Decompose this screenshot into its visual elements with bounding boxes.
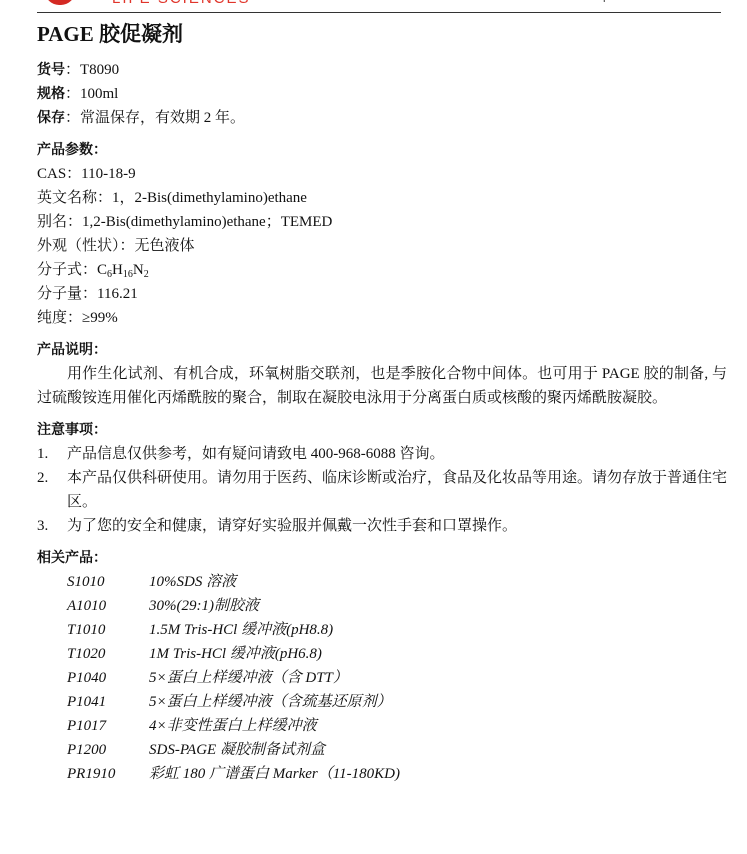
alias: 别名：1,2-Bis(dimethylamino)ethane；TEMED: [37, 210, 727, 234]
document-body: 货号：T8090 规格：100ml 保存：常温保存，有效期 2 年。 产品参数：…: [37, 58, 727, 786]
product-code: P1041: [37, 690, 149, 714]
related-product: P1017 4×非变性蛋白上样缓冲液: [37, 714, 727, 738]
note-text: 本产品仅供科研使用。请勿用于医药、临床诊断或治疗，食品及化妆品等用途。请勿存放于…: [67, 466, 727, 514]
product-name: 5×蛋白上样缓冲液（含 DTT）: [149, 666, 727, 690]
english-name: 英文名称：1，2-Bis(dimethylamino)ethane: [37, 186, 727, 210]
related-heading: 相关产品：: [37, 546, 727, 570]
formula-h: H: [112, 262, 123, 278]
size-label: 规格: [37, 86, 65, 102]
formula-c: C: [97, 262, 107, 278]
note-number: 3.: [37, 514, 67, 538]
formula-h-count: 16: [123, 269, 133, 280]
related-product: A1010 30%(29:1)制胶液: [37, 594, 727, 618]
size-row: 规格：100ml: [37, 82, 727, 106]
size-value: 100ml: [80, 86, 118, 102]
note-number: 2.: [37, 466, 67, 514]
related-product: P1041 5×蛋白上样缓冲液（含巯基还原剂）: [37, 690, 727, 714]
related-product: PR1910 彩虹 180 广谱蛋白 Marker（11-180KD): [37, 762, 727, 786]
product-name: 5×蛋白上样缓冲液（含巯基还原剂）: [149, 690, 727, 714]
product-code: S1010: [37, 570, 149, 594]
page-title: PAGE 胶促凝剂: [37, 20, 183, 48]
note-text: 产品信息仅供参考，如有疑问请致电 400-968-6088 咨询。: [67, 442, 727, 466]
cas-number: CAS：110-18-9: [37, 162, 727, 186]
product-code: A1010: [37, 594, 149, 618]
formula-label: 分子式：: [37, 262, 97, 278]
product-code: T1020: [37, 642, 149, 666]
storage-row: 保存：常温保存，有效期 2 年。: [37, 106, 727, 130]
product-name: 10%SDS 溶液: [149, 570, 727, 594]
product-name: 1M Tris-HCl 缓冲液(pH6.8): [149, 642, 727, 666]
note-item: 2. 本产品仅供科研使用。请勿用于医药、临床诊断或治疗，食品及化妆品等用途。请勿…: [37, 466, 727, 514]
separator: ：: [65, 110, 80, 126]
header-website: http://www.solarbio.com: [592, 0, 698, 3]
description-text: 用作生化试剂、有机合成，环氧树脂交联剂，也是季胺化合物中间体。也可用于 PAGE…: [37, 362, 727, 410]
basic-info: 货号：T8090 规格：100ml 保存：常温保存，有效期 2 年。: [37, 58, 727, 130]
product-code: P1200: [37, 738, 149, 762]
product-name: 4×非变性蛋白上样缓冲液: [149, 714, 727, 738]
formula-n: N: [133, 262, 144, 278]
appearance: 外观（性状）：无色液体: [37, 234, 727, 258]
related-product: S1010 10%SDS 溶液: [37, 570, 727, 594]
parameters-heading: 产品参数：: [37, 138, 727, 162]
page-header: LIFE SCIENCES http://www.solarbio.com: [0, 0, 747, 14]
product-code: T1010: [37, 618, 149, 642]
related-product: P1040 5×蛋白上样缓冲液（含 DTT）: [37, 666, 727, 690]
product-code: P1040: [37, 666, 149, 690]
related-product: T1010 1.5M Tris-HCl 缓冲液(pH8.8): [37, 618, 727, 642]
catalog-number-value: T8090: [80, 62, 119, 78]
molecular-formula: 分子式：C6H16N2: [37, 258, 727, 282]
molecular-weight: 分子量：116.21: [37, 282, 727, 306]
related-product: P1200 SDS-PAGE 凝胶制备试剂盒: [37, 738, 727, 762]
brand-text: LIFE SCIENCES: [112, 0, 251, 6]
separator: ：: [65, 86, 80, 102]
header-divider: [37, 12, 721, 13]
note-number: 1.: [37, 442, 67, 466]
separator: ：: [65, 62, 80, 78]
purity: 纯度：≥99%: [37, 306, 727, 330]
storage-label: 保存: [37, 110, 65, 126]
related-product: T1020 1M Tris-HCl 缓冲液(pH6.8): [37, 642, 727, 666]
product-name: 30%(29:1)制胶液: [149, 594, 727, 618]
catalog-number-row: 货号：T8090: [37, 58, 727, 82]
note-text: 为了您的安全和健康，请穿好实验服并佩戴一次性手套和口罩操作。: [67, 514, 727, 538]
product-code: PR1910: [37, 762, 149, 786]
product-name: 彩虹 180 广谱蛋白 Marker（11-180KD): [149, 762, 727, 786]
brand-logo-icon: [45, 0, 75, 5]
notes-heading: 注意事项：: [37, 418, 727, 442]
product-name: 1.5M Tris-HCl 缓冲液(pH8.8): [149, 618, 727, 642]
description-heading: 产品说明：: [37, 338, 727, 362]
note-item: 3. 为了您的安全和健康，请穿好实验服并佩戴一次性手套和口罩操作。: [37, 514, 727, 538]
notes-list: 1. 产品信息仅供参考，如有疑问请致电 400-968-6088 咨询。 2. …: [37, 442, 727, 538]
related-products-list: S1010 10%SDS 溶液 A1010 30%(29:1)制胶液 T1010…: [37, 570, 727, 786]
note-item: 1. 产品信息仅供参考，如有疑问请致电 400-968-6088 咨询。: [37, 442, 727, 466]
formula-n-count: 2: [144, 269, 149, 280]
product-name: SDS-PAGE 凝胶制备试剂盒: [149, 738, 727, 762]
product-code: P1017: [37, 714, 149, 738]
storage-value: 常温保存，有效期 2 年。: [80, 110, 245, 126]
catalog-number-label: 货号: [37, 62, 65, 78]
